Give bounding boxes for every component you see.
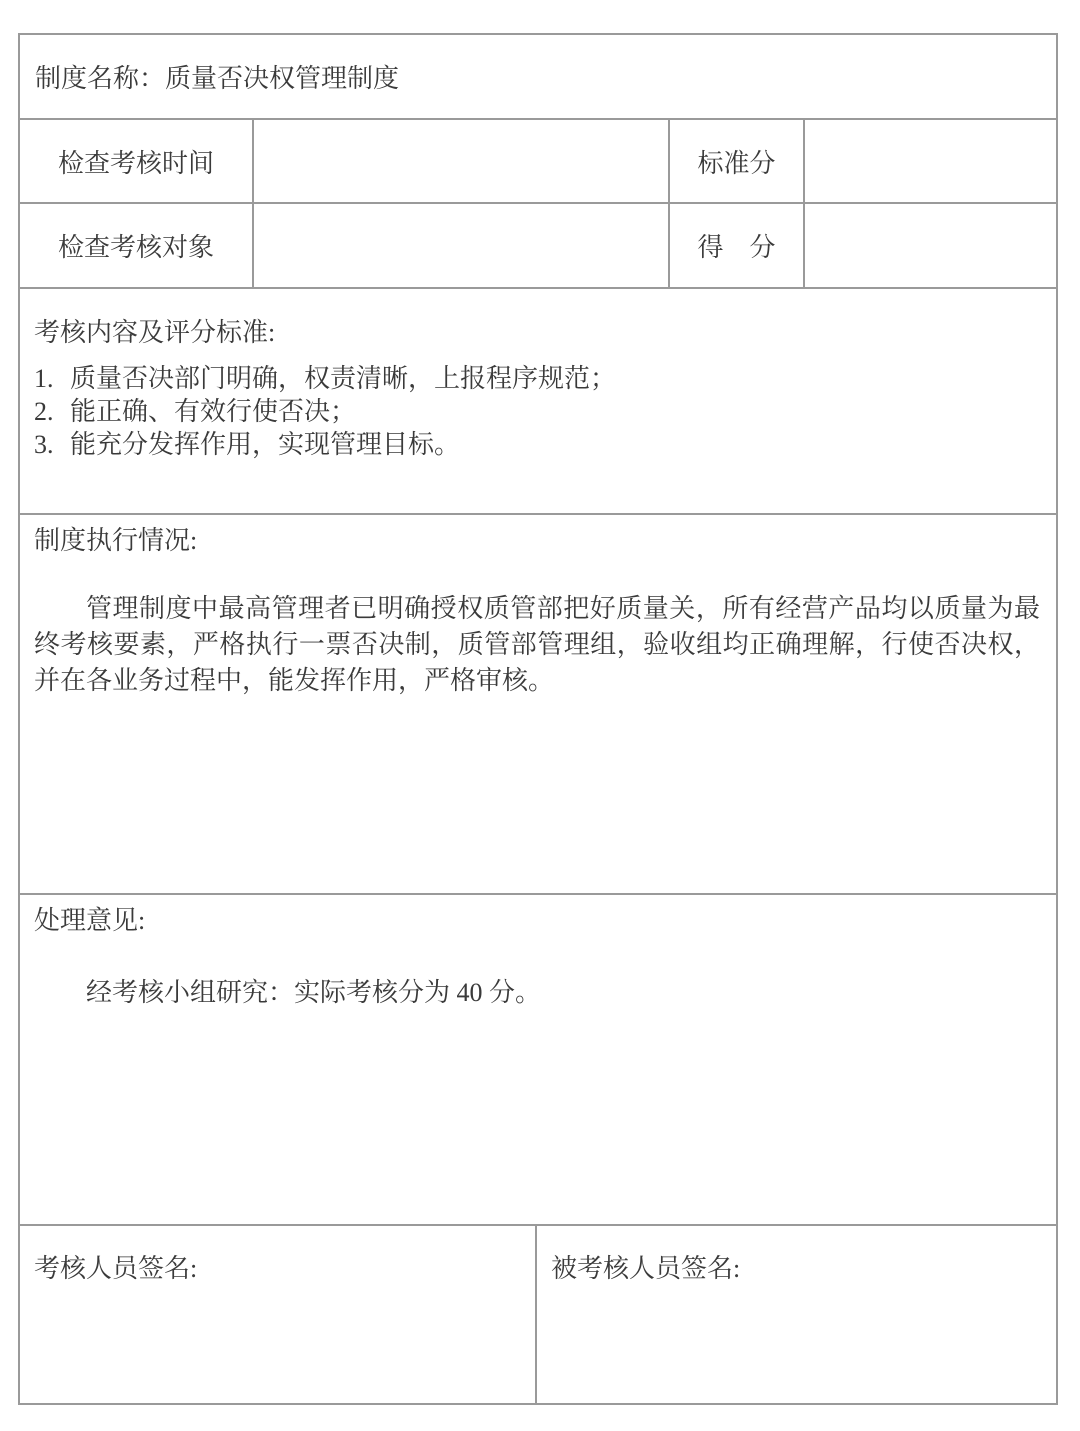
criteria-item-text: 能充分发挥作用，实现管理目标。 [70, 429, 1042, 461]
criteria-item-text: 能正确、有效行使否决； [70, 396, 1042, 428]
assessor-signature-label: 考核人员签名: [34, 1254, 197, 1283]
criteria-heading: 考核内容及评分标准: [34, 317, 1042, 349]
standard-score-value-cell [805, 120, 1056, 202]
form-title-row: 制度名称：质量否决权管理制度 [20, 35, 1056, 120]
assessment-target-label-cell: 检查考核对象 [20, 204, 254, 287]
criteria-item-number: 2. [34, 396, 70, 428]
assessee-signature-cell: 被考核人员签名: [537, 1226, 1056, 1403]
assessor-signature-cell: 考核人员签名: [20, 1226, 537, 1403]
obtained-score-value-cell [805, 204, 1056, 287]
standard-score-label: 标准分 [697, 143, 775, 180]
criteria-item: 3. 能充分发挥作用，实现管理目标。 [34, 429, 1042, 461]
execution-heading: 制度执行情况: [34, 525, 1042, 557]
standard-score-label-cell: 标准分 [670, 120, 805, 202]
criteria-list: 1. 质量否决部门明确，权责清晰，上报程序规范； 2. 能正确、有效行使否决； … [34, 363, 1042, 461]
obtained-score-label: 得 分 [697, 227, 775, 264]
assessment-target-label: 检查考核对象 [58, 227, 214, 264]
assessment-time-label: 检查考核时间 [58, 143, 214, 180]
obtained-score-label-cell: 得 分 [670, 204, 805, 287]
execution-paragraph: 管理制度中最高管理者已明确授权质管部把好质量关，所有经营产品均以质量为最终考核要… [34, 591, 1042, 699]
assessment-time-row: 检查考核时间 标准分 [20, 120, 1056, 204]
criteria-item-number: 1. [34, 363, 70, 395]
opinion-section: 处理意见: 经考核小组研究：实际考核分为 40 分。 [20, 895, 1056, 1226]
signature-row: 考核人员签名: 被考核人员签名: [20, 1226, 1056, 1403]
assessment-target-row: 检查考核对象 得 分 [20, 204, 1056, 289]
assessment-time-label-cell: 检查考核时间 [20, 120, 254, 202]
criteria-section: 考核内容及评分标准: 1. 质量否决部门明确，权责清晰，上报程序规范； 2. 能… [20, 289, 1056, 515]
assessment-time-value-cell [254, 120, 670, 202]
opinion-heading: 处理意见: [34, 905, 1042, 937]
criteria-item: 1. 质量否决部门明确，权责清晰，上报程序规范； [34, 363, 1042, 395]
criteria-item-number: 3. [34, 429, 70, 461]
execution-section: 制度执行情况: 管理制度中最高管理者已明确授权质管部把好质量关，所有经营产品均以… [20, 515, 1056, 895]
form-title: 制度名称：质量否决权管理制度 [35, 58, 399, 95]
criteria-item: 2. 能正确、有效行使否决； [34, 396, 1042, 428]
criteria-item-text: 质量否决部门明确，权责清晰，上报程序规范； [70, 363, 1042, 395]
opinion-text: 经考核小组研究：实际考核分为 40 分。 [34, 975, 1042, 1011]
assessment-target-value-cell [254, 204, 670, 287]
assessee-signature-label: 被考核人员签名: [551, 1254, 740, 1283]
assessment-form-table: 制度名称：质量否决权管理制度 检查考核时间 标准分 检查考核对象 得 分 [18, 33, 1058, 1405]
